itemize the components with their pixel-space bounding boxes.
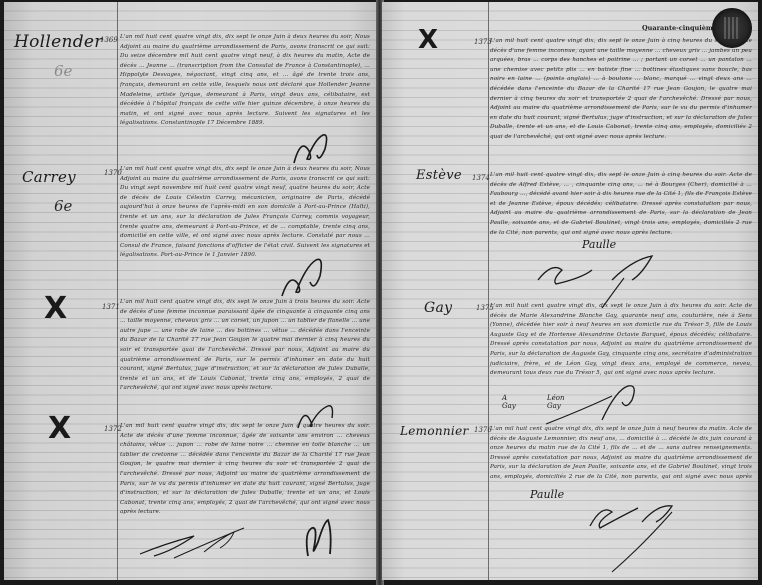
x-mark: X <box>44 294 67 324</box>
officer-signature <box>289 127 339 167</box>
margin-name: Gay <box>424 300 452 316</box>
left-page: Hollender 6e 1369 L'an mil huit cent qua… <box>4 2 378 580</box>
officer-signature <box>532 250 682 310</box>
entry-text: L'an mil huit cent quatre vingt dix, dix… <box>490 425 752 483</box>
entry-text: L'an mil huit cent quatre vingt dix, dix… <box>490 37 752 172</box>
witness-signature: Paulle <box>530 488 564 501</box>
x-mark: X <box>418 27 438 53</box>
act-number: 1374 <box>472 174 490 182</box>
margin-rule <box>488 2 489 580</box>
x-mark: X <box>48 414 71 444</box>
act-number: 1371 <box>102 303 120 311</box>
margin-name: Estève <box>416 168 462 183</box>
margin-note: 6e <box>54 62 72 80</box>
officer-signature <box>276 252 336 302</box>
margin-note: 6e <box>54 197 72 215</box>
margin-name: Lemonnier <box>400 424 469 438</box>
entry-text: L'an mil huit cent quatre vingt dix, dix… <box>120 422 370 518</box>
margin-name: Carrey <box>22 168 76 186</box>
entry-text: L'an mil huit cent quatre vingt dix, dix… <box>490 171 752 239</box>
officer-signature <box>582 496 692 576</box>
officer-signature <box>300 512 340 562</box>
right-page: Quarante-cinquième Feuille X 1373 L'an m… <box>382 2 758 580</box>
margin-name: Hollender <box>14 32 103 52</box>
entry-text: L'an mil huit cent quatre vingt dix, dix… <box>120 165 370 261</box>
entry-text: L'an mil huit cent quatre vingt dix, dix… <box>120 298 370 414</box>
entry-text: L'an mil huit cent quatre vingt dix, dix… <box>120 33 370 129</box>
witness-signature-1: A Gay <box>502 394 516 410</box>
register-spread: Hollender 6e 1369 L'an mil huit cent qua… <box>0 0 762 585</box>
officer-signature <box>542 380 662 430</box>
margin-rule <box>117 2 118 580</box>
act-number: 1369 <box>100 36 118 44</box>
witness-signatures <box>134 522 264 562</box>
entry-text: L'an mil huit cent quatre vingt dix, dix… <box>490 302 752 390</box>
